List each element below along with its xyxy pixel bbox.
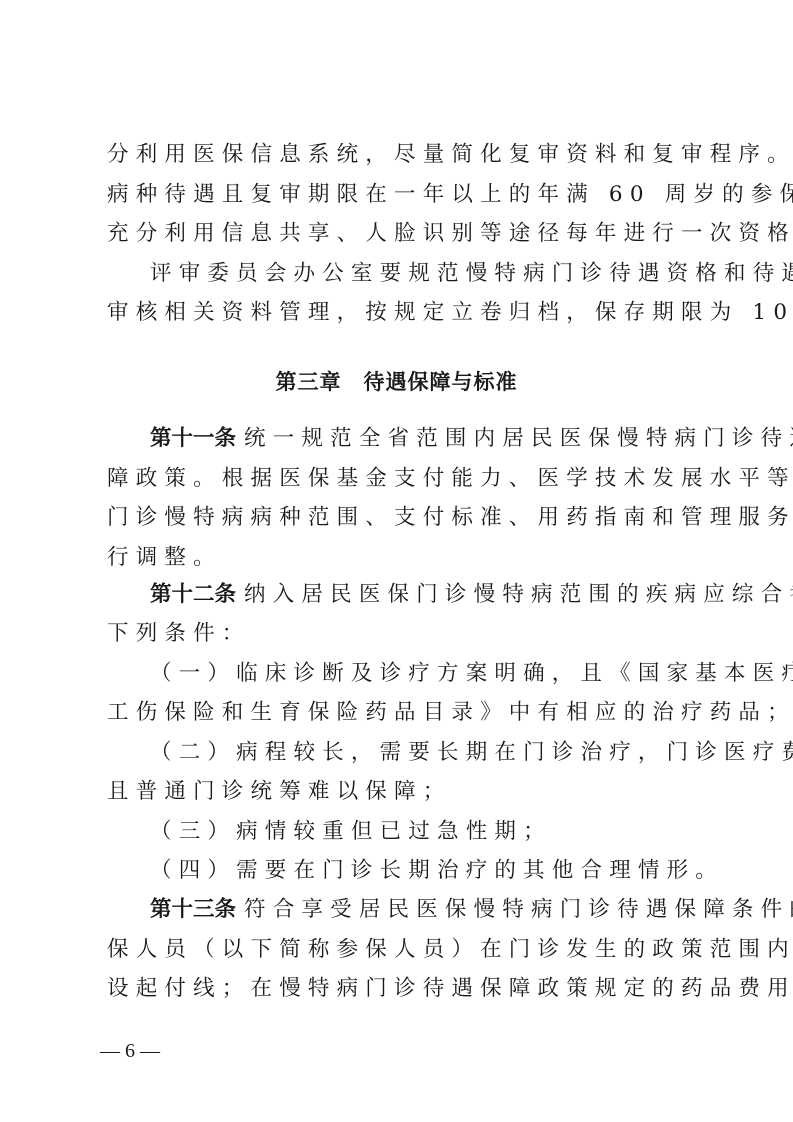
paragraph-line: 审核相关资料管理，按规定立卷归档，保存期限为 10 年。: [107, 299, 707, 327]
paragraph-line: 障政策。根据医保基金支付能力、医学技术发展水平等情况，对: [107, 465, 707, 493]
chapter-heading: 第三章 待遇保障与标准: [0, 366, 793, 396]
list-item-1-cont: 工伤保险和生育保险药品目录》中有相应的治疗药品；: [107, 699, 707, 727]
article-label: 第十二条: [150, 582, 236, 607]
article-13-first-line: 第十三条符合享受居民医保慢特病门诊待遇保障条件的参: [150, 896, 750, 924]
list-item-4: （四）需要在门诊长期治疗的其他合理情形。: [150, 857, 750, 885]
article-text: 纳入居民医保门诊慢特病范围的疾病应综合考虑: [244, 582, 793, 607]
paragraph-line: 行调整。: [107, 544, 707, 572]
article-label: 第十三条: [150, 897, 236, 922]
paragraph-line: 充分利用信息共享、人脸识别等途径每年进行一次资格认证。: [107, 220, 707, 248]
paragraph-line: 评审委员会办公室要规范慢特病门诊待遇资格和待遇标准: [150, 260, 750, 288]
article-label: 第十一条: [150, 426, 236, 451]
article-text: 符合享受居民医保慢特病门诊待遇保障条件的参: [244, 897, 793, 922]
paragraph-line: 下列条件：: [107, 620, 707, 648]
paragraph-line: 保人员（以下简称参保人员）在门诊发生的政策范围内费用，不: [107, 936, 707, 964]
list-item-2-cont: 且普通门诊统筹难以保障；: [107, 778, 707, 806]
article-11-first-line: 第十一条统一规范全省范围内居民医保慢特病门诊待遇保: [150, 425, 750, 453]
paragraph-line: 分利用医保信息系统，尽量简化复审资料和复审程序。享受相关: [107, 141, 707, 169]
paragraph-line: 门诊慢特病病种范围、支付标准、用药指南和管理服务等适时进: [107, 504, 707, 532]
paragraph-line: 设起付线；在慢特病门诊待遇保障政策规定的药品费用限额内，: [107, 975, 707, 1003]
article-12-first-line: 第十二条纳入居民医保门诊慢特病范围的疾病应综合考虑: [150, 581, 750, 609]
page-number: — 6 —: [100, 1040, 160, 1063]
list-item-3: （三）病情较重但已过急性期；: [150, 818, 750, 846]
paragraph-line: 病种待遇且复审期限在一年以上的年满 60 周岁的参保居民，应: [107, 181, 707, 209]
list-item-2: （二）病程较长，需要长期在门诊治疗，门诊医疗费用较高: [150, 739, 750, 767]
list-item-1: （一）临床诊断及诊疗方案明确，且《国家基本医疗保险、: [150, 660, 750, 688]
article-text: 统一规范全省范围内居民医保慢特病门诊待遇保: [244, 426, 793, 451]
